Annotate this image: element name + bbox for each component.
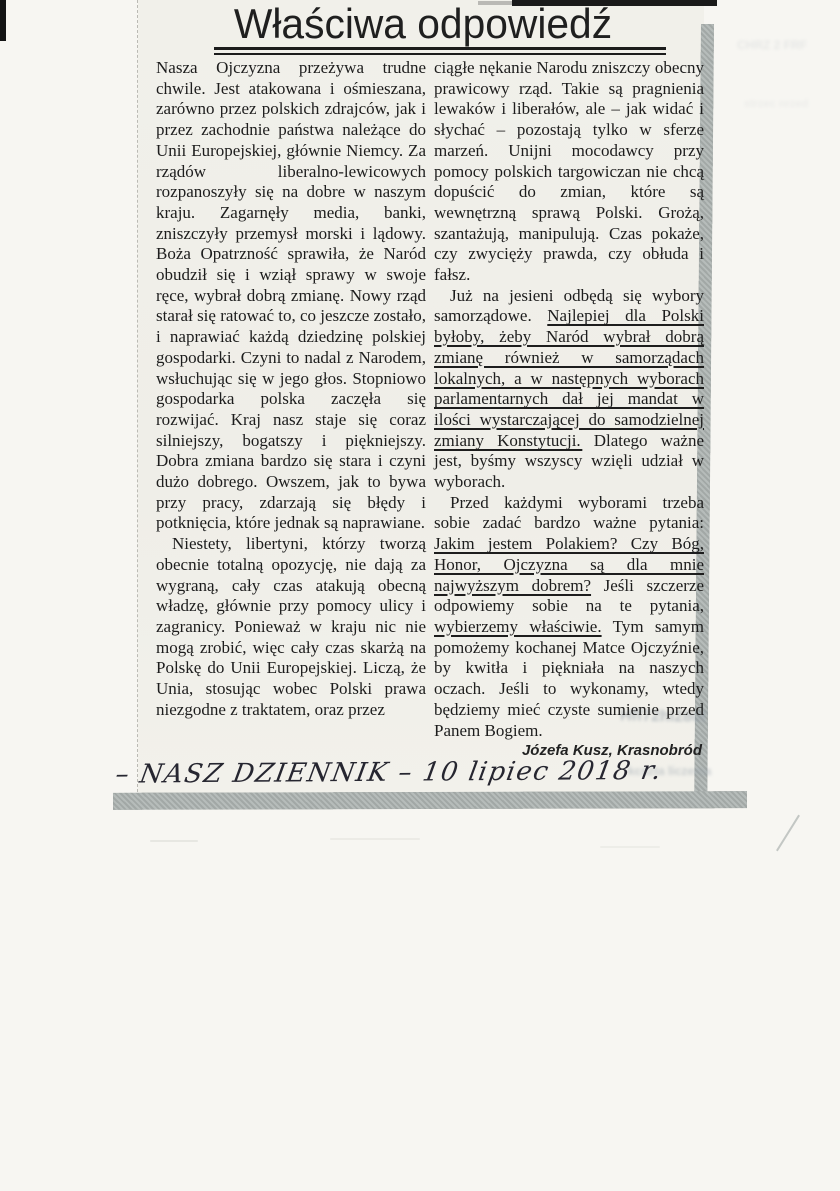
article-column-left: Nasza Ojczyzna przeżywa trudne chwile. J…	[156, 58, 426, 721]
article-title: Właściwa odpowiedź	[148, 1, 697, 47]
clipping-fold-line	[137, 0, 138, 792]
body-text: ciągłe nękanie Narodu zniszczy obecny pr…	[434, 58, 704, 284]
article-column-right: ciągłe nękanie Narodu zniszczy obecny pr…	[434, 58, 704, 741]
paragraph: Nasza Ojczyzna przeżywa trudne chwile. J…	[156, 58, 426, 534]
paragraph: ciągłe nękanie Narodu zniszczy obecny pr…	[434, 58, 704, 286]
paragraph: Przed każdymi wyborami trzeba sobie zada…	[434, 493, 704, 741]
headline-double-underline	[214, 47, 666, 55]
underlined-text: Najlepiej dla Polski byłoby, żeby Naród …	[434, 306, 704, 449]
body-text: Nasza Ojczyzna przeżywa trudne chwile. J…	[156, 58, 426, 532]
scan-corner-bar	[0, 0, 6, 41]
bleed-through-text: strzec nrzed	[744, 98, 808, 110]
underlined-text: wybierzemy właściwie.	[434, 617, 602, 636]
scan-scratch-mark	[776, 815, 800, 852]
clipping-bottom-edge-shadow	[113, 791, 747, 810]
scan-smudge	[150, 840, 198, 842]
paragraph: Niestety, libertyni, którzy tworzą obecn…	[156, 534, 426, 720]
scan-smudge	[330, 838, 420, 840]
overlined-text: byśmy wszyscy	[471, 451, 583, 470]
bleed-through-text: CHRZ 2 FRF	[737, 38, 807, 52]
body-text: Niestety, libertyni, którzy tworzą obecn…	[156, 534, 426, 719]
handwritten-source-note: – NASZ DZIENNIK – 10 lipiec 2018 r.	[113, 756, 599, 789]
paragraph: Już na jesieni odbędą się wybory samorzą…	[434, 286, 704, 493]
body-text: Przed każdymi wyborami trzeba sobie zada…	[434, 493, 704, 533]
scanned-page: Hff72hl280f kcszta liczema CHRZ 2 FRF st…	[0, 0, 840, 1191]
scan-smudge	[600, 846, 660, 848]
